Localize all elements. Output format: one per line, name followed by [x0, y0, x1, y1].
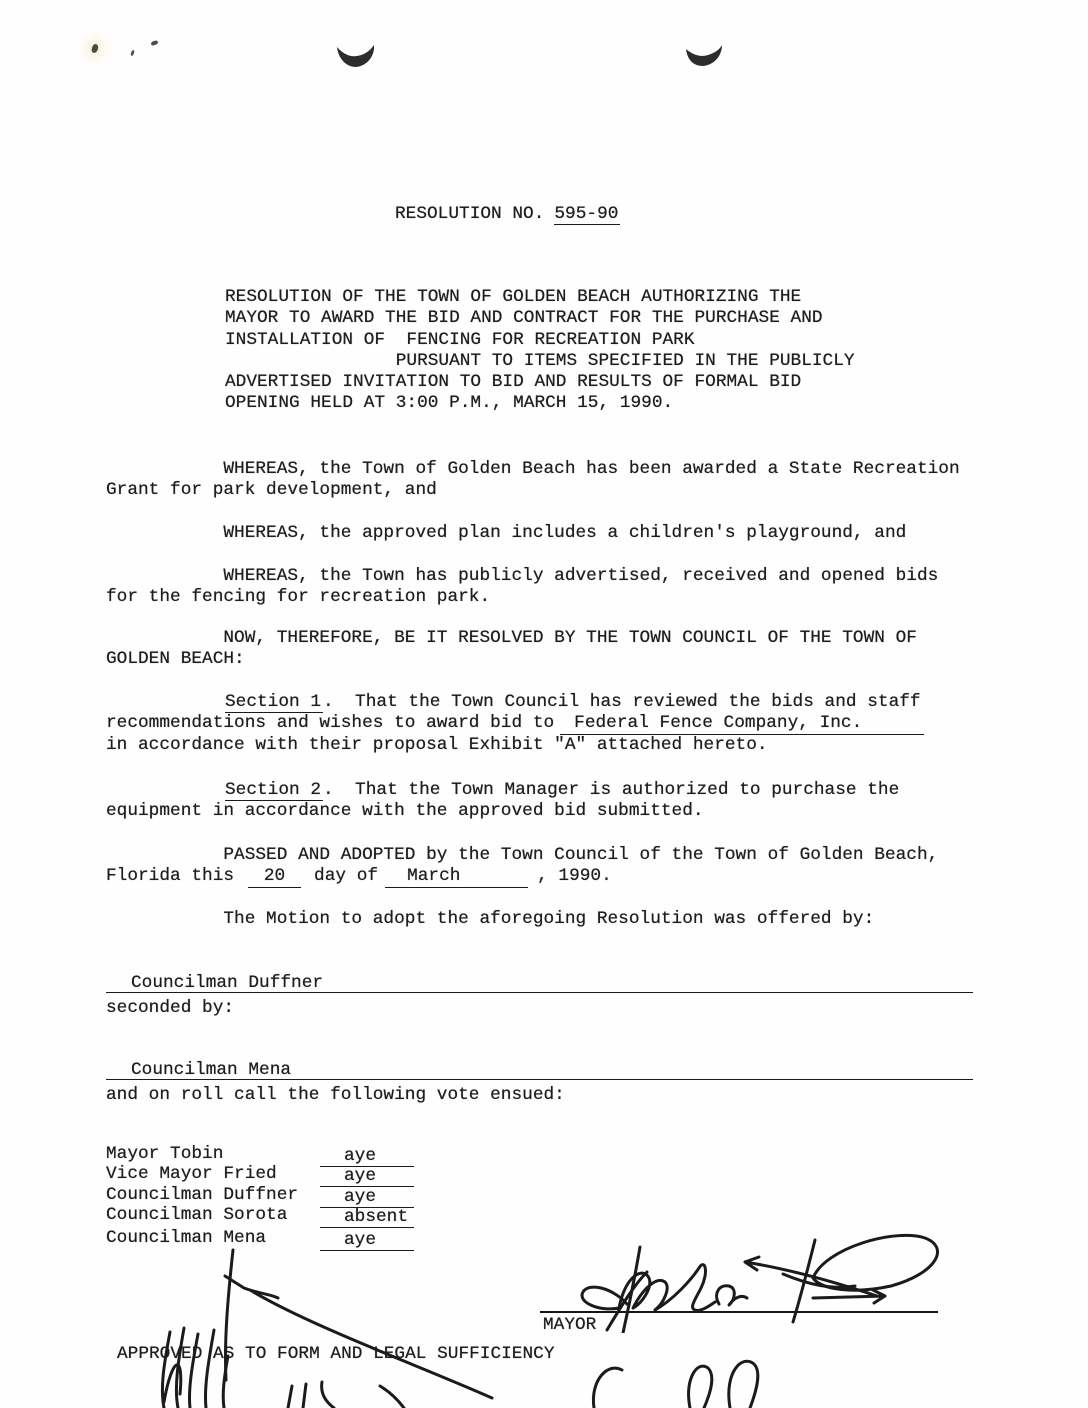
clerk-signature-partial [578, 1350, 788, 1408]
resolution-number: 595-90 [554, 204, 620, 225]
day-value: 20 [264, 866, 285, 886]
scanned-resolution-page: RESOLUTION NO.595-90 RESOLUTION OF THE T… [0, 0, 1088, 1408]
whereas-clause-1: WHEREAS, the Town of Golden Beach has be… [106, 459, 960, 502]
section-1-label: Section 1 [225, 692, 323, 713]
roll-call-row: Councilman Sorotaabsent [106, 1206, 414, 1225]
resolution-title-label: RESOLUTION NO. [395, 204, 544, 224]
vote-value: absent [320, 1208, 414, 1228]
binder-hole-shadow-right [684, 43, 724, 69]
pencil-mark [130, 50, 135, 57]
mayor-signature [555, 1228, 965, 1333]
passed-line-1: PASSED AND ADOPTED by the Town Council o… [106, 845, 938, 866]
offered-by-name: Councilman Duffner [131, 973, 323, 993]
passed-line-2: Florida this20day ofMarch, 1990. [106, 866, 612, 888]
vote-value: aye [320, 1147, 414, 1167]
attorney-signature [140, 1236, 510, 1408]
vote-value: aye [320, 1188, 414, 1208]
member-name: Councilman Sorota [106, 1206, 320, 1225]
month-value: March [407, 866, 460, 886]
section-1-line-3: in accordance with their proposal Exhibi… [106, 735, 768, 756]
member-name: Vice Mayor Fried [106, 1165, 320, 1184]
resolution-heading: RESOLUTION OF THE TOWN OF GOLDEN BEACH A… [225, 287, 855, 415]
section-1-line-1: Section 1. That the Town Council has rev… [106, 692, 921, 713]
section-1-text: recommendations and wishes to award bid … [106, 713, 554, 733]
day-blank: 20 [248, 866, 301, 888]
member-name: Mayor Tobin [106, 1145, 320, 1164]
section-1-line-2: recommendations and wishes to award bid … [106, 713, 924, 735]
awardee-blank: Federal Fence Company, Inc. [560, 713, 924, 735]
vote-value: aye [320, 1167, 414, 1187]
offered-by-blank: Councilman Duffner [106, 975, 973, 993]
section-2-line-1: Section 2. That the Town Manager is auth… [106, 780, 899, 801]
pencil-mark [151, 40, 159, 46]
seconded-by-blank: Councilman Mena [106, 1062, 973, 1080]
whereas-clause-3: WHEREAS, the Town has publicly advertise… [106, 566, 938, 609]
section-1-text: . That the Town Council has reviewed the… [323, 692, 921, 712]
resolved-clause: NOW, THEREFORE, BE IT RESOLVED BY THE TO… [106, 628, 917, 671]
passed-mid: day of [314, 866, 378, 886]
section-2-text: . That the Town Manager is authorized to… [323, 780, 899, 800]
pencil-mark [91, 43, 99, 53]
seconded-by-label: seconded by: [106, 998, 234, 1019]
section-2-label: Section 2 [225, 780, 323, 801]
roll-call-row: Councilman Duffneraye [106, 1186, 414, 1205]
roll-call-row: Vice Mayor Friedaye [106, 1165, 414, 1184]
awardee-name: Federal Fence Company, Inc. [574, 713, 862, 733]
month-blank: March [385, 866, 528, 888]
motion-line: The Motion to adopt the aforegoing Resol… [106, 909, 874, 930]
binder-hole-shadow-left [336, 43, 376, 69]
resolution-title: RESOLUTION NO.595-90 [395, 204, 620, 225]
whereas-clause-2: WHEREAS, the approved plan includes a ch… [106, 523, 906, 544]
passed-prefix: Florida this [106, 866, 234, 886]
roll-call-label: and on roll call the following vote ensu… [106, 1085, 565, 1106]
section-2-line-2: equipment in accordance with the approve… [106, 801, 704, 822]
passed-suffix: , 1990. [537, 866, 612, 886]
roll-call-row: Mayor Tobinaye [106, 1145, 414, 1164]
seconded-by-name: Councilman Mena [131, 1060, 291, 1080]
member-name: Councilman Duffner [106, 1186, 320, 1205]
